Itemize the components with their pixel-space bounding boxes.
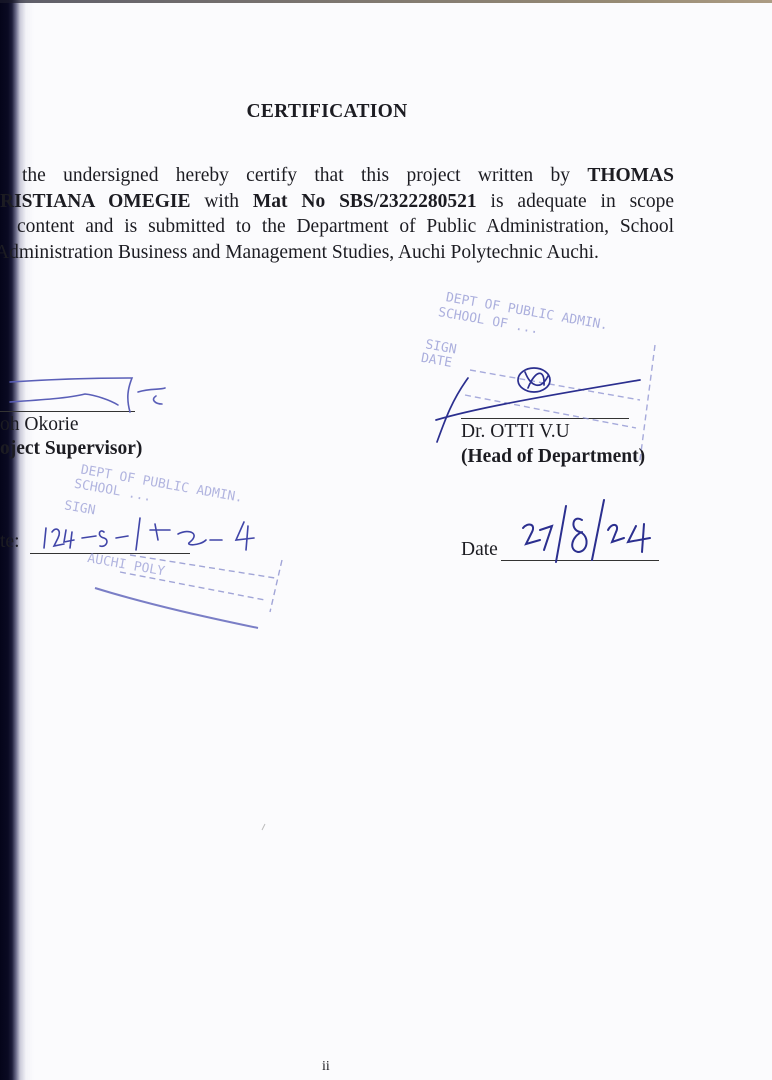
supervisor-handwritten-date: [44, 518, 254, 550]
hod-handwritten-date: [523, 500, 650, 562]
ink-overlay: DEPT OF PUBLIC ADMIN. SCHOOL OF ... SIGN…: [0, 0, 772, 1080]
hod-signature: [436, 368, 640, 442]
stamp-text: AUCHI POLY: [86, 551, 166, 579]
stamp-text: SIGN: [63, 498, 96, 518]
page-number: ii: [322, 1059, 330, 1075]
supervisor-signature: [10, 378, 165, 412]
supervisor-stamp: DEPT OF PUBLIC ADMIN. SCHOOL ... SIGN AU…: [55, 461, 244, 591]
hod-stamp: DEPT OF PUBLIC ADMIN. SCHOOL OF ... SIGN…: [420, 288, 609, 397]
